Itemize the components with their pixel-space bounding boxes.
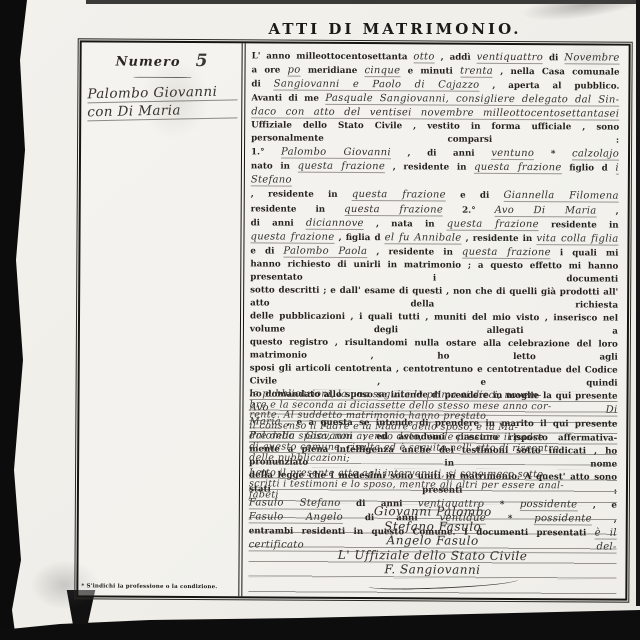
handwritten-line: delle pubblicazioni; [249,453,617,466]
body-line: sotto descritti ; e dall' esame di quest… [250,284,618,312]
handwritten-text: Pasquale Sangiovanni, consigliere delega… [325,93,619,107]
body-line: Uffiziale dello Stato Civile , vestito i… [251,120,619,148]
printed-text: delle pubblicazioni , i quali tutti , mu… [250,311,618,336]
printed-text: e di [250,246,283,256]
handwritten-text: Sangiovanni e Paolo di Cajazzo [274,79,480,92]
pen-flourish [133,77,191,78]
printed-text: , addì [435,52,477,62]
handwritten-line: fabeti [249,490,617,503]
printed-text: , aperta al pubblico. [479,81,619,92]
handwritten-text: questa frazione [344,203,443,216]
printed-text: nato in [251,162,298,172]
handwritten-text: ventiquattro [477,52,544,64]
printed-text: questo registro , risultandomi nulla ost… [250,337,618,362]
printed-text: , di anni [391,149,491,160]
printed-text: 2.° [443,205,495,215]
handwritten-text: otto [413,51,434,63]
scanner-edge-left [0,0,30,640]
printed-text: * [534,149,572,159]
body-line: hanno richiesto di unirli in matrimonio … [250,258,618,286]
form-footnote: * S'indichi la professione o la condizio… [81,583,217,590]
blank-ruled-lines [248,577,616,597]
margin-spouse-name-1: Palombo Giovanni [87,83,237,103]
handwritten-text: po [288,65,301,77]
printed-text: L' anno milleottocentosettanta [252,51,414,62]
handwritten-text: Palombo Giovanni [281,147,391,160]
printed-text: , nella Casa comunale [493,67,620,78]
printed-text: e minuti [400,66,460,76]
signature: F. Sangiovanni [248,562,616,579]
handwritten-text: questa frazione [250,231,334,244]
printed-text: figlio d [562,164,616,174]
margin-column: Numero 5 Palombo Giovanni con Di Maria *… [78,42,245,596]
body-line: sposi gli articoli centotrenta , centotr… [250,362,618,390]
printed-text: , residente in [251,190,352,201]
printed-text: meridiane [301,66,365,76]
register-form-box: Numero 5 Palombo Giovanni con Di Maria *… [76,40,630,600]
printed-text: , nata in [364,219,447,230]
page-title: ATTI DI MATRIMONIO. [240,20,550,38]
body-line: questo registro , risultandomi nulla ost… [250,336,618,364]
printed-text: , [597,206,619,216]
record-number: Numero 5 [92,50,232,71]
printed-text: sposi gli articoli centotrenta , centotr… [250,363,618,388]
printed-text: i quali mi [551,248,619,258]
act-text-column: L' anno milleottocentosettanta otto , ad… [246,47,621,594]
handwritten-text: cinque [364,65,400,77]
handwritten-text: daco con atto del ventisei novembre mill… [251,107,619,121]
document-scan: ATTI DI MATRIMONIO. Numero 5 Palombo Gio… [0,0,640,640]
scanner-edge-right [636,0,640,606]
printed-text: sotto descritti ; e dall' esame di quest… [250,285,618,310]
handwritten-text: el fu Annibale [385,232,462,244]
printed-text: , figlia d [334,232,384,242]
closing-formula-text: Letto il presente atto agli intervenuti,… [249,467,617,503]
body-line: , residente in questa frazione e di Gian… [251,188,619,204]
scanner-edge-top [86,0,640,4]
printed-text: , residente in [461,233,536,243]
printed-text: hanno richiesto di unirli in matrimonio … [250,259,618,284]
printed-text: di [251,79,273,89]
numero-label: Numero [116,55,181,70]
printed-text: Uffiziale dello Stato Civile , vestito i… [251,121,619,146]
handwritten-text: calzolajo [572,149,619,161]
handwritten-text: questa frazione [352,189,446,202]
printed-text: e di [446,191,504,201]
handwritten-text: Palombo Paola [283,245,367,258]
scanner-edge-bottom [0,596,640,640]
printed-text: di [543,53,564,63]
printed-text: residente in [539,220,619,230]
signatures-block: Giovanni PalomboStefano FasuloAngelo Fas… [248,503,616,578]
numero-value: 5 [186,51,208,71]
handwritten-text: ventuno [491,148,534,160]
body-line: nato in questa frazione , residente in q… [251,160,619,190]
body-line: delle pubblicazioni , i quali tutti , mu… [250,310,618,338]
handwritten-text: Giannella Filomena [503,190,618,203]
handwritten-text: questa frazione [474,162,562,175]
printed-text: 1.° [251,148,281,158]
printed-text: , residente in [385,163,474,174]
handwritten-text: questa frazione [298,161,386,174]
printed-text: , residente in [367,247,462,258]
printed-text: residente in [251,204,345,215]
handwritten-text: Avo Di Maria [495,204,597,217]
handwritten-text: trenta [460,66,493,78]
handwritten-text: questa frazione [462,246,551,259]
handwritten-text: diciannove [306,217,364,229]
margin-spouse-name-2: con Di Maria [87,101,237,121]
printed-text: Avanti di me [251,94,325,104]
handwritten-text: Novembre [564,52,619,64]
handwritten-text: vita colla figlia [536,233,618,246]
printed-text: a ore [251,65,287,75]
handwritten-text: questa frazione [447,218,539,231]
printed-text: di anni [251,218,306,228]
documents-presented-text: le pubblicazioni, la una seguita la prim… [249,389,617,465]
